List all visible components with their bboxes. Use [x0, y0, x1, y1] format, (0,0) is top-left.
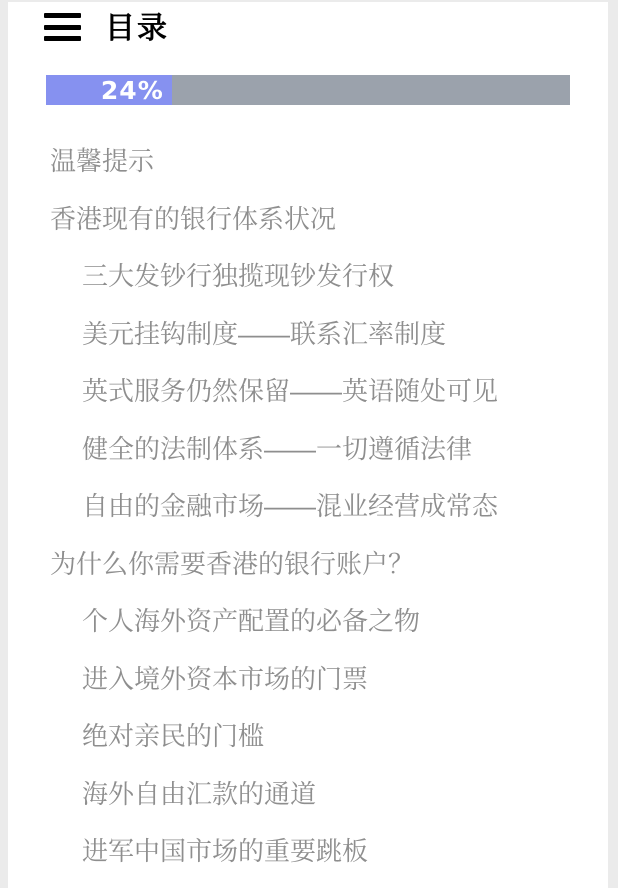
toc-item[interactable]: 美元挂钩制度——联系汇率制度 — [8, 304, 608, 362]
hamburger-bar — [44, 13, 81, 18]
hamburger-bar — [44, 36, 81, 41]
toc-item[interactable]: 健全的法制体系——一切遵循法律 — [8, 419, 608, 477]
toc-item-label: 进入境外资本市场的门票 — [82, 659, 368, 696]
toc-item[interactable]: 海外自由汇款的通道 — [8, 764, 608, 822]
toc-item-label: 进军中国市场的重要跳板 — [82, 831, 368, 868]
toc-list: 温馨提示 香港现有的银行体系状况 三大发钞行独揽现钞发行权 美元挂钩制度——联系… — [8, 131, 608, 879]
toc-item[interactable]: 三大发钞行独揽现钞发行权 — [8, 246, 608, 304]
reading-progress-bar[interactable]: 24% — [46, 75, 570, 105]
progress-fill: 24% — [46, 75, 172, 105]
toc-item-label: 自由的金融市场——混业经营成常态 — [82, 486, 498, 523]
toc-header: 目录 — [8, 2, 608, 58]
toc-item-label: 海外自由汇款的通道 — [82, 774, 316, 811]
toc-item-label: 健全的法制体系——一切遵循法律 — [82, 429, 472, 466]
toc-item-label: 美元挂钩制度——联系汇率制度 — [82, 314, 446, 351]
toc-item-label: 个人海外资产配置的必备之物 — [82, 601, 420, 638]
toc-item-label: 绝对亲民的门槛 — [82, 716, 264, 753]
toc-item-label: 三大发钞行独揽现钞发行权 — [82, 256, 394, 293]
page-title: 目录 — [105, 10, 169, 48]
toc-item-label: 英式服务仍然保留——英语随处可见 — [82, 371, 498, 408]
toc-item[interactable]: 进入境外资本市场的门票 — [8, 649, 608, 707]
hamburger-menu-icon[interactable] — [44, 13, 81, 41]
toc-item-label: 为什么你需要香港的银行账户？ — [50, 544, 414, 581]
toc-item[interactable]: 香港现有的银行体系状况 — [8, 189, 608, 247]
toc-item[interactable]: 绝对亲民的门槛 — [8, 706, 608, 764]
toc-item-label: 温馨提示 — [50, 141, 154, 178]
toc-page: 目录 24% 温馨提示 香港现有的银行体系状况 三大发钞行独揽现钞发行权 美元挂… — [8, 2, 608, 888]
toc-item[interactable]: 温馨提示 — [8, 131, 608, 189]
toc-item[interactable]: 自由的金融市场——混业经营成常态 — [8, 476, 608, 534]
reader-viewport: 目录 24% 温馨提示 香港现有的银行体系状况 三大发钞行独揽现钞发行权 美元挂… — [0, 0, 618, 888]
toc-item[interactable]: 为什么你需要香港的银行账户？ — [8, 534, 608, 592]
toc-item-label: 香港现有的银行体系状况 — [50, 199, 336, 236]
progress-percent-label: 24% — [101, 76, 164, 105]
toc-item[interactable]: 个人海外资产配置的必备之物 — [8, 591, 608, 649]
toc-item[interactable]: 英式服务仍然保留——英语随处可见 — [8, 361, 608, 419]
hamburger-bar — [44, 25, 81, 30]
toc-item[interactable]: 进军中国市场的重要跳板 — [8, 821, 608, 879]
